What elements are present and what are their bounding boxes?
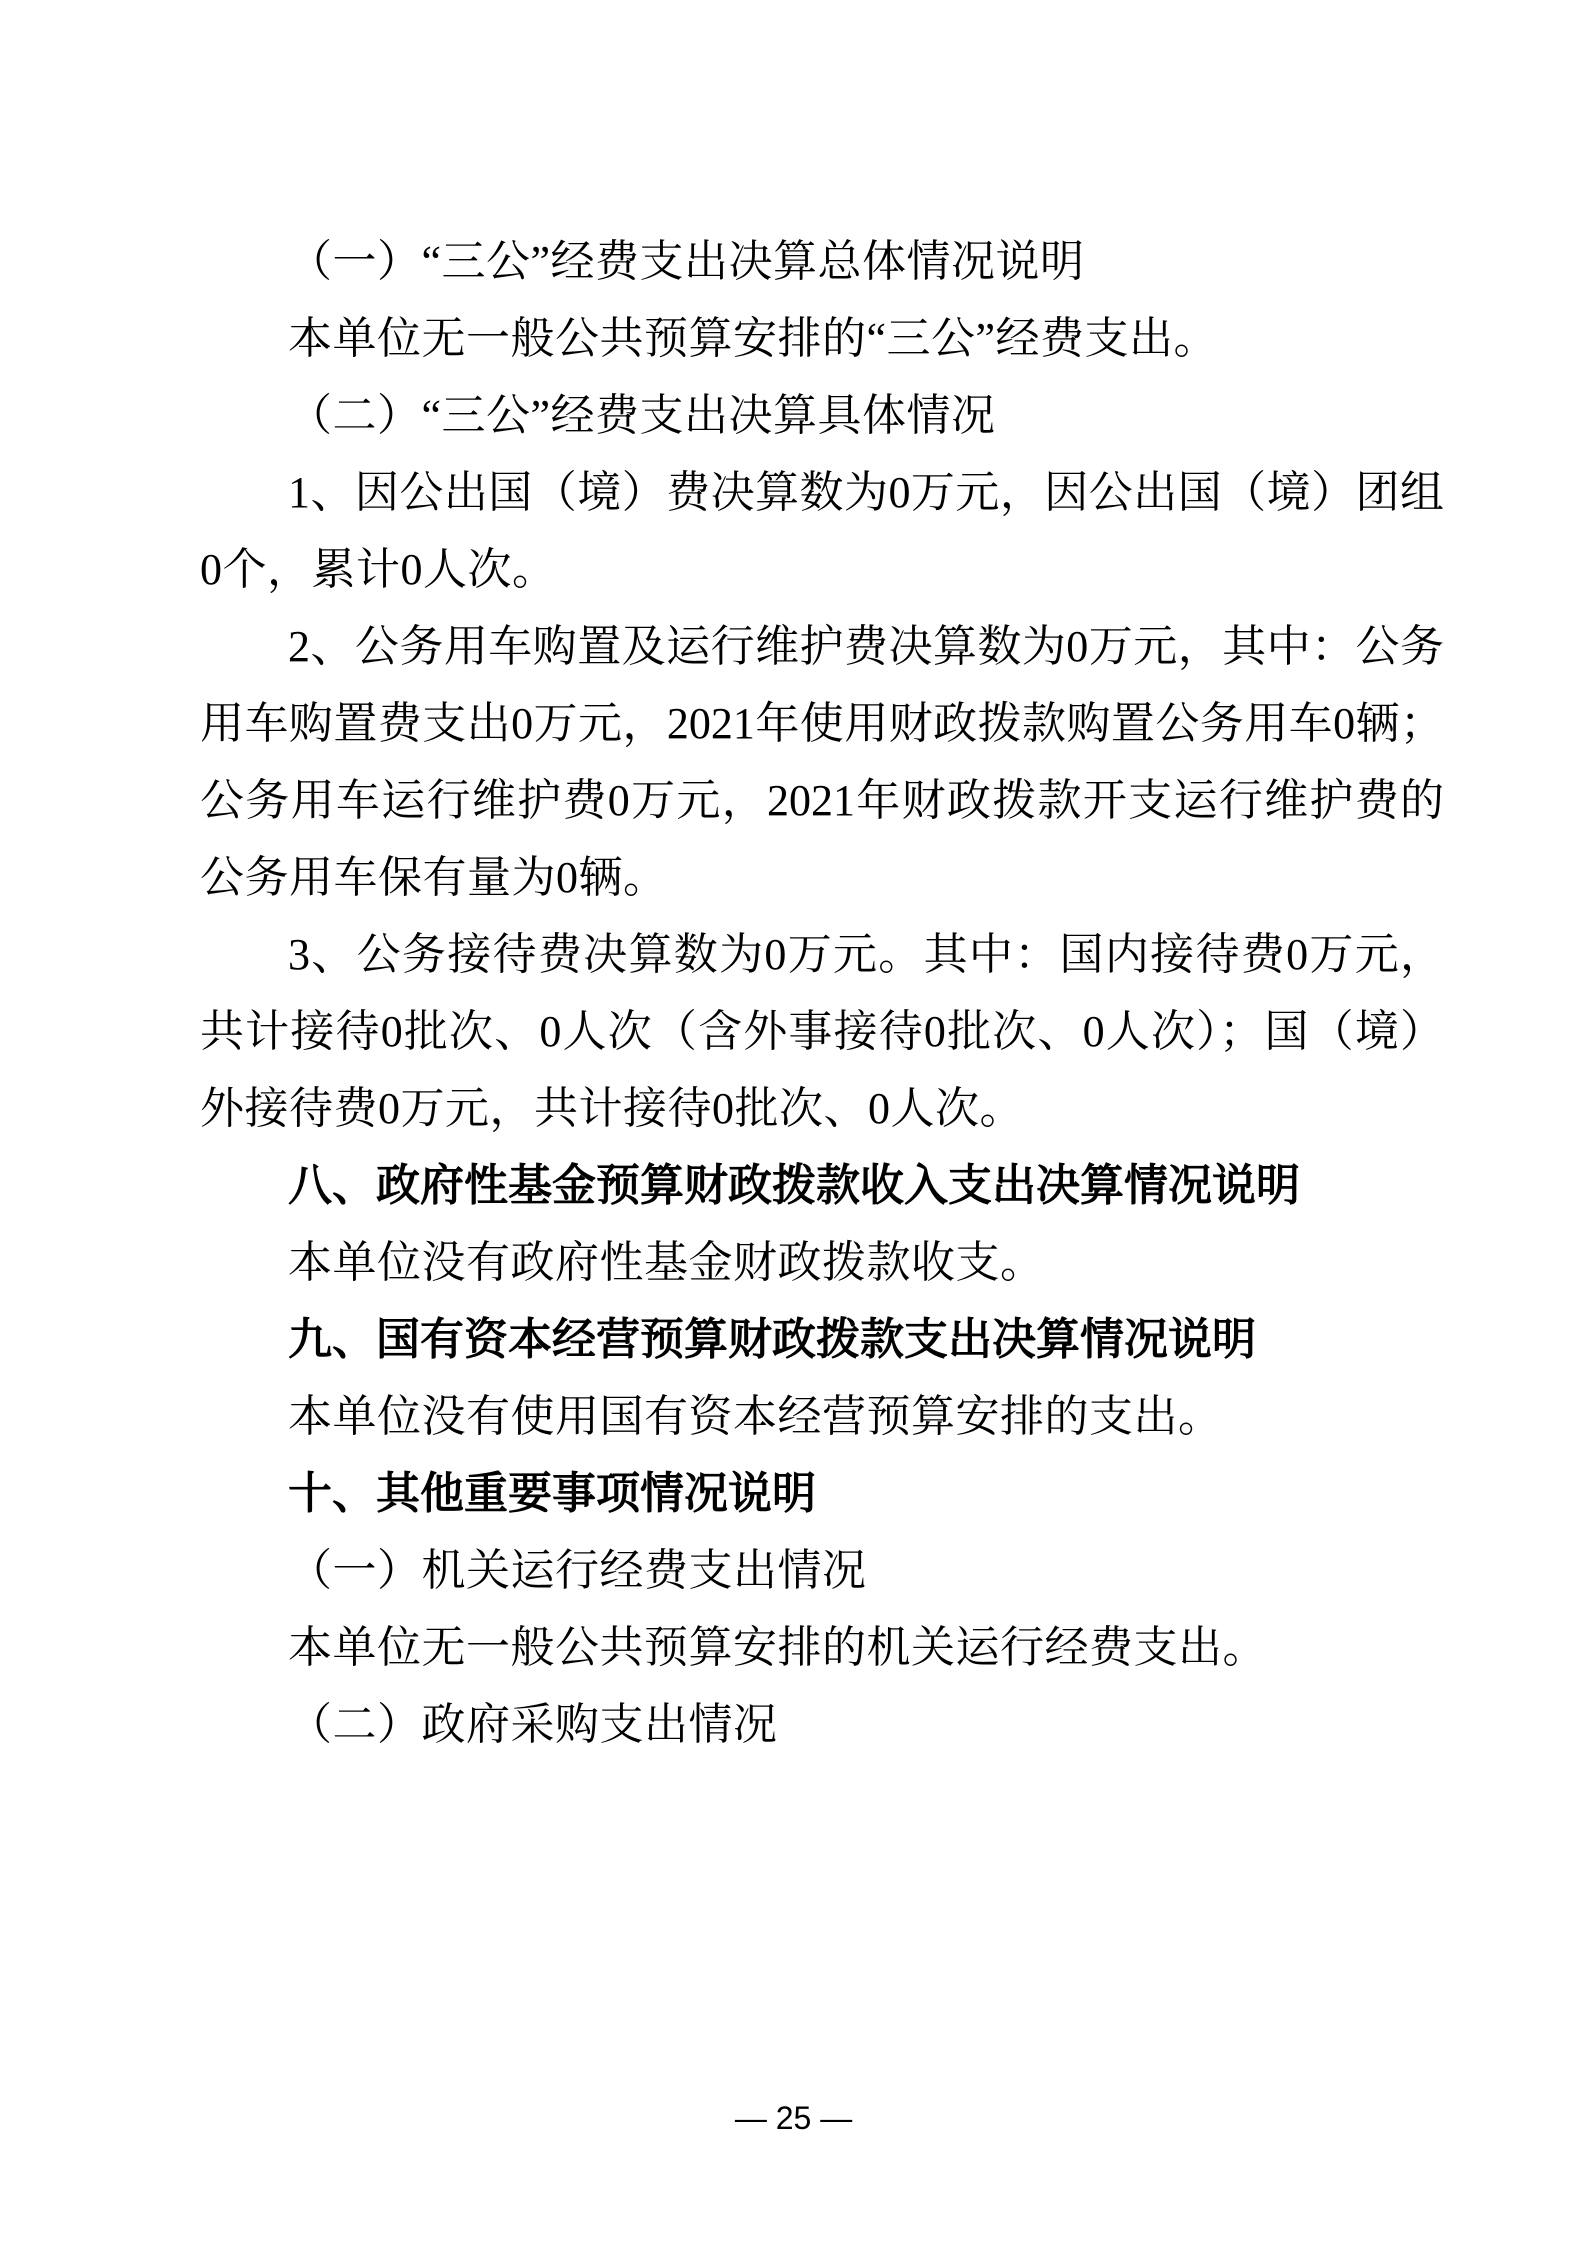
section-heading: 九、国有资本经营预算财政拨款支出决算情况说明 bbox=[200, 1301, 1444, 1378]
paragraph-line: 外接待费0万元，共计接待0批次、0人次。 bbox=[200, 1070, 1444, 1147]
paragraph-line: 0个，累计0人次。 bbox=[200, 531, 1444, 608]
paragraph-line: 公务用车运行维护费0万元，2021年财政拨款开支运行维护费的 bbox=[200, 762, 1444, 839]
subheading-line: （二）政府采购支出情况 bbox=[200, 1686, 1444, 1763]
subheading-line: （二）“三公”经费支出决算具体情况 bbox=[200, 377, 1444, 454]
section-heading: 十、其他重要事项情况说明 bbox=[200, 1455, 1444, 1532]
paragraph-line: 本单位没有使用国有资本经营预算安排的支出。 bbox=[200, 1378, 1444, 1455]
subheading-line: （一）“三公”经费支出决算总体情况说明 bbox=[200, 223, 1444, 300]
paragraph-line: 共计接待0批次、0人次（含外事接待0批次、0人次）；国（境） bbox=[200, 993, 1444, 1070]
section-heading: 八、政府性基金预算财政拨款收入支出决算情况说明 bbox=[200, 1147, 1444, 1224]
document-page: （一）“三公”经费支出决算总体情况说明 本单位无一般公共预算安排的“三公”经费支… bbox=[0, 0, 1587, 2245]
paragraph-line: 用车购置费支出0万元，2021年使用财政拨款购置公务用车0辆； bbox=[200, 685, 1444, 762]
subheading-line: （一）机关运行经费支出情况 bbox=[200, 1532, 1444, 1609]
paragraph-line: 本单位无一般公共预算安排的机关运行经费支出。 bbox=[200, 1609, 1444, 1686]
document-body: （一）“三公”经费支出决算总体情况说明 本单位无一般公共预算安排的“三公”经费支… bbox=[200, 223, 1444, 1763]
paragraph-line: 1、因公出国（境）费决算数为0万元，因公出国（境）团组 bbox=[200, 454, 1444, 531]
paragraph-line: 本单位无一般公共预算安排的“三公”经费支出。 bbox=[200, 300, 1444, 377]
page-number: — 25 — bbox=[735, 2100, 852, 2136]
paragraph-line: 本单位没有政府性基金财政拨款收支。 bbox=[200, 1224, 1444, 1301]
page-footer: — 25 — bbox=[0, 2100, 1587, 2137]
paragraph-line: 公务用车保有量为0辆。 bbox=[200, 839, 1444, 916]
paragraph-line: 2、公务用车购置及运行维护费决算数为0万元，其中：公务 bbox=[200, 608, 1444, 685]
paragraph-line: 3、公务接待费决算数为0万元。其中：国内接待费0万元， bbox=[200, 916, 1444, 993]
